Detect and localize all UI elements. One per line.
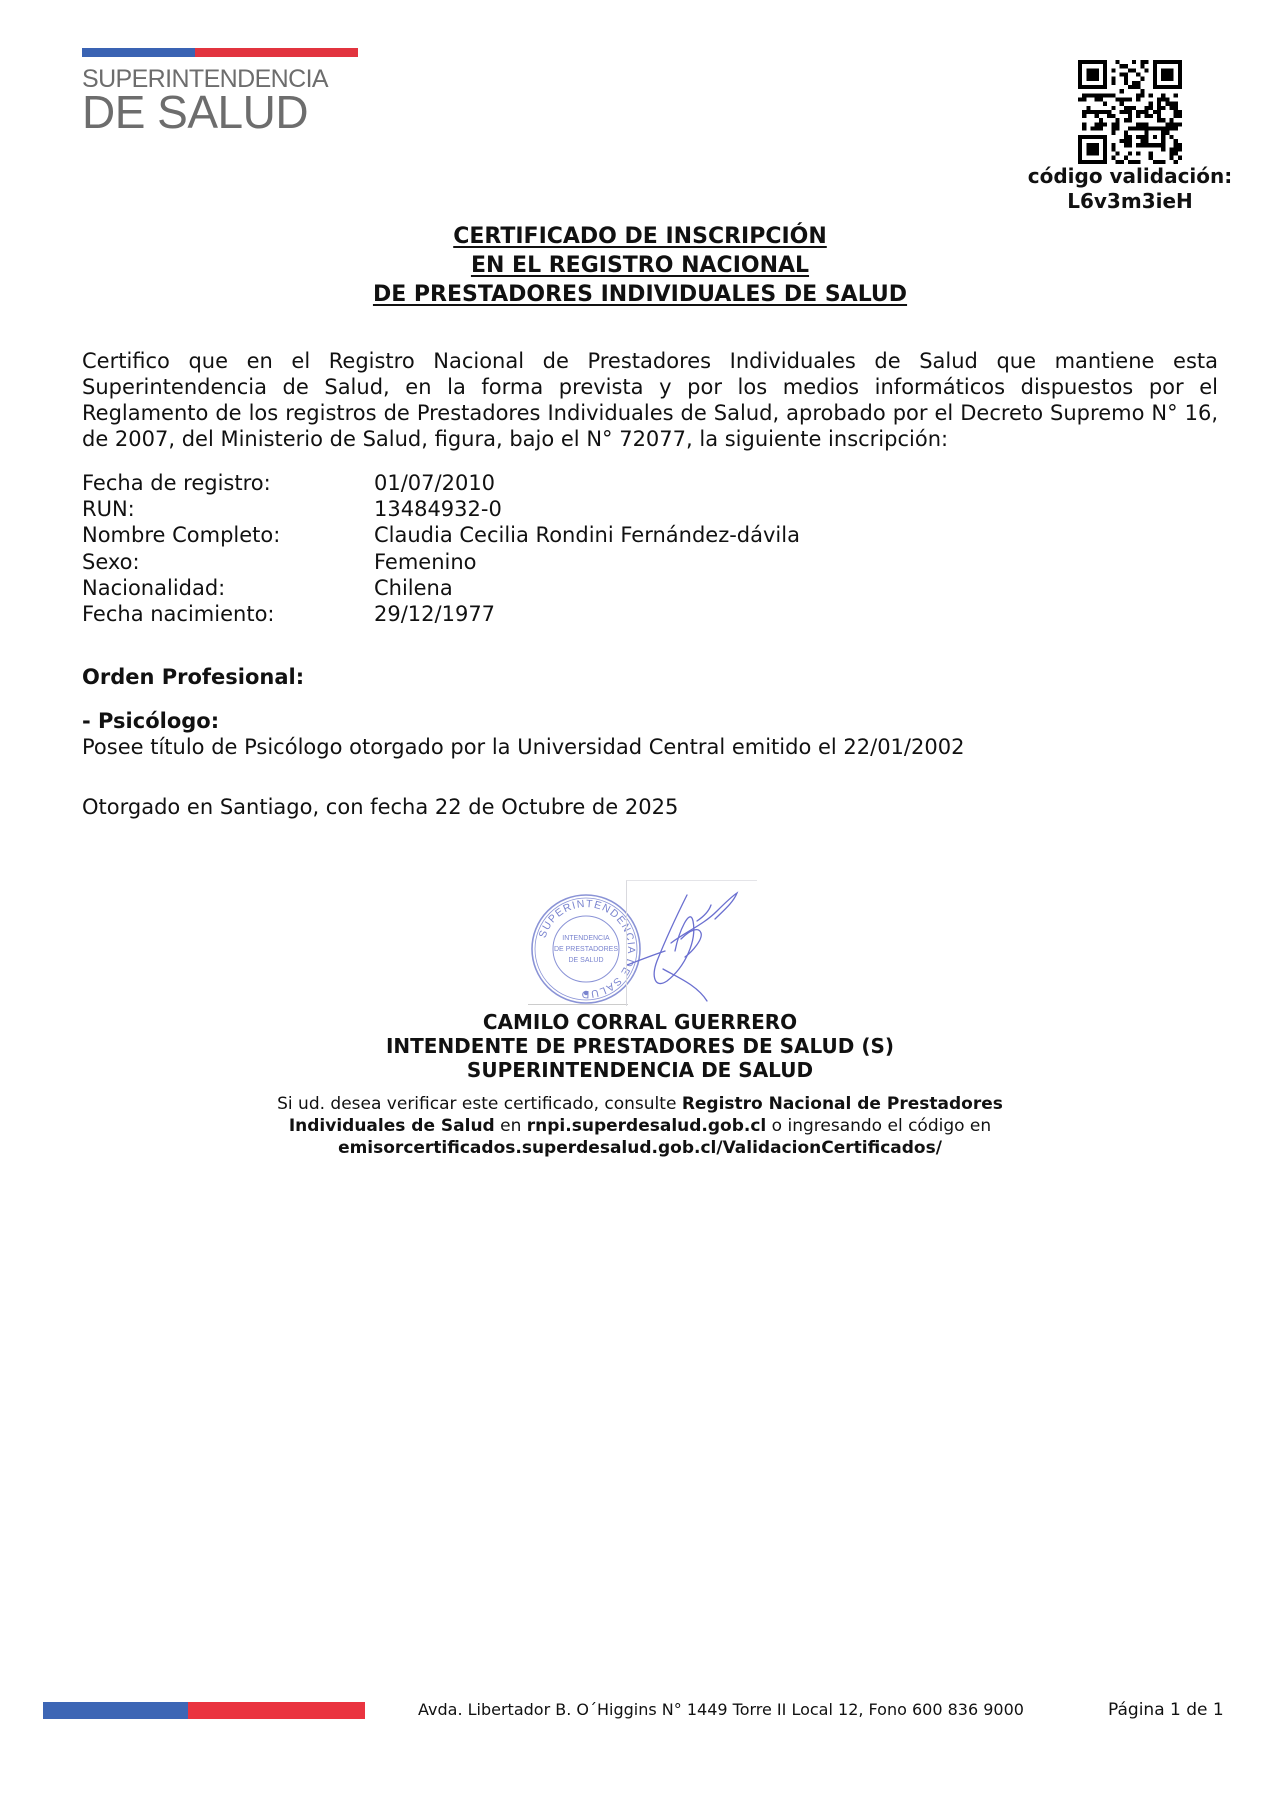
svg-text:DE PRESTADORES: DE PRESTADORES [554,946,618,953]
verify-registry-name: Registro Nacional de Prestadores [682,1094,1003,1114]
field-value: 29/12/1977 [374,601,495,627]
field-row-sexo: Sexo: Femenino [82,549,800,575]
certificate-title: CERTIFICADO DE INSCRIPCIÓN EN EL REGISTR… [0,222,1280,309]
title-line-1: CERTIFICADO DE INSCRIPCIÓN [453,224,827,249]
qr-code-icon [1078,60,1182,164]
field-row-nombre: Nombre Completo: Claudia Cecilia Rondini… [82,522,800,548]
field-value: 13484932-0 [374,496,502,522]
verify-validation-link[interactable]: emisorcertificados.superdesalud.gob.cl/V… [338,1138,942,1158]
issued-statement: Otorgado en Santiago, con fecha 22 de Oc… [82,794,678,820]
field-label: RUN: [82,496,374,522]
field-label: Nacionalidad: [82,575,374,601]
profession-heading: Orden Profesional: [82,664,304,690]
footer-address: Avda. Libertador B. O´Higgins N° 1449 To… [418,1700,1024,1719]
field-row-fecha-nacimiento: Fecha nacimiento: 29/12/1977 [82,601,800,627]
field-row-run: RUN: 13484932-0 [82,496,800,522]
logo-line-2: DE SALUD [82,91,360,133]
signature-icon [627,881,757,1006]
field-value: Femenino [374,549,477,575]
verify-text-2: en [495,1116,527,1136]
footer-color-bar [43,1702,365,1719]
superintendencia-logo: SUPERINTENDENCIA DE SALUD [82,48,360,133]
verify-registry-name-cont: Individuales de Salud [289,1116,495,1136]
field-value: Claudia Cecilia Rondini Fernández-dávila [374,522,800,548]
validation-block: código validación: L6v3m3ieH [1020,60,1240,214]
title-line-2: EN EL REGISTRO NACIONAL [471,253,809,278]
signature-box [626,880,757,1006]
svg-text:INTENDENCIA: INTENDENCIA [562,935,610,942]
field-label: Fecha de registro: [82,470,374,496]
signer-name: CAMILO CORRAL GUERRERO [0,1010,1280,1034]
signer-block: CAMILO CORRAL GUERRERO INTENDENTE DE PRE… [0,1010,1280,1082]
intro-paragraph: Certifico que en el Registro Nacional de… [82,348,1218,452]
profession-title: - Psicólogo: [82,708,219,734]
field-label: Sexo: [82,549,374,575]
validation-label: código validación: [1020,164,1240,189]
validation-code: L6v3m3ieH [1020,189,1240,214]
profession-description: Posee título de Psicólogo otorgado por l… [82,734,964,760]
title-line-3: DE PRESTADORES INDIVIDUALES DE SALUD [373,282,907,307]
registration-fields: Fecha de registro: 01/07/2010 RUN: 13484… [82,470,800,627]
seal-baseline [528,1004,628,1005]
signer-role: INTENDENTE DE PRESTADORES DE SALUD (S) [0,1034,1280,1058]
verify-text-1: Si ud. desea verificar este certificado,… [277,1094,682,1114]
verify-text-3: o ingresando el código en [766,1116,991,1136]
svg-text:DE SALUD: DE SALUD [568,957,603,964]
signer-org: SUPERINTENDENCIA DE SALUD [0,1058,1280,1082]
field-label: Fecha nacimiento: [82,601,374,627]
field-value: Chilena [374,575,453,601]
page-number: Página 1 de 1 [1108,1700,1224,1720]
verify-rnpi-link[interactable]: rnpi.superdesalud.gob.cl [527,1116,766,1136]
verification-note: Si ud. desea verificar este certificado,… [0,1093,1280,1159]
field-row-fecha-registro: Fecha de registro: 01/07/2010 [82,470,800,496]
field-value: 01/07/2010 [374,470,495,496]
field-row-nacionalidad: Nacionalidad: Chilena [82,575,800,601]
field-label: Nombre Completo: [82,522,374,548]
flag-color-bar [82,48,358,57]
